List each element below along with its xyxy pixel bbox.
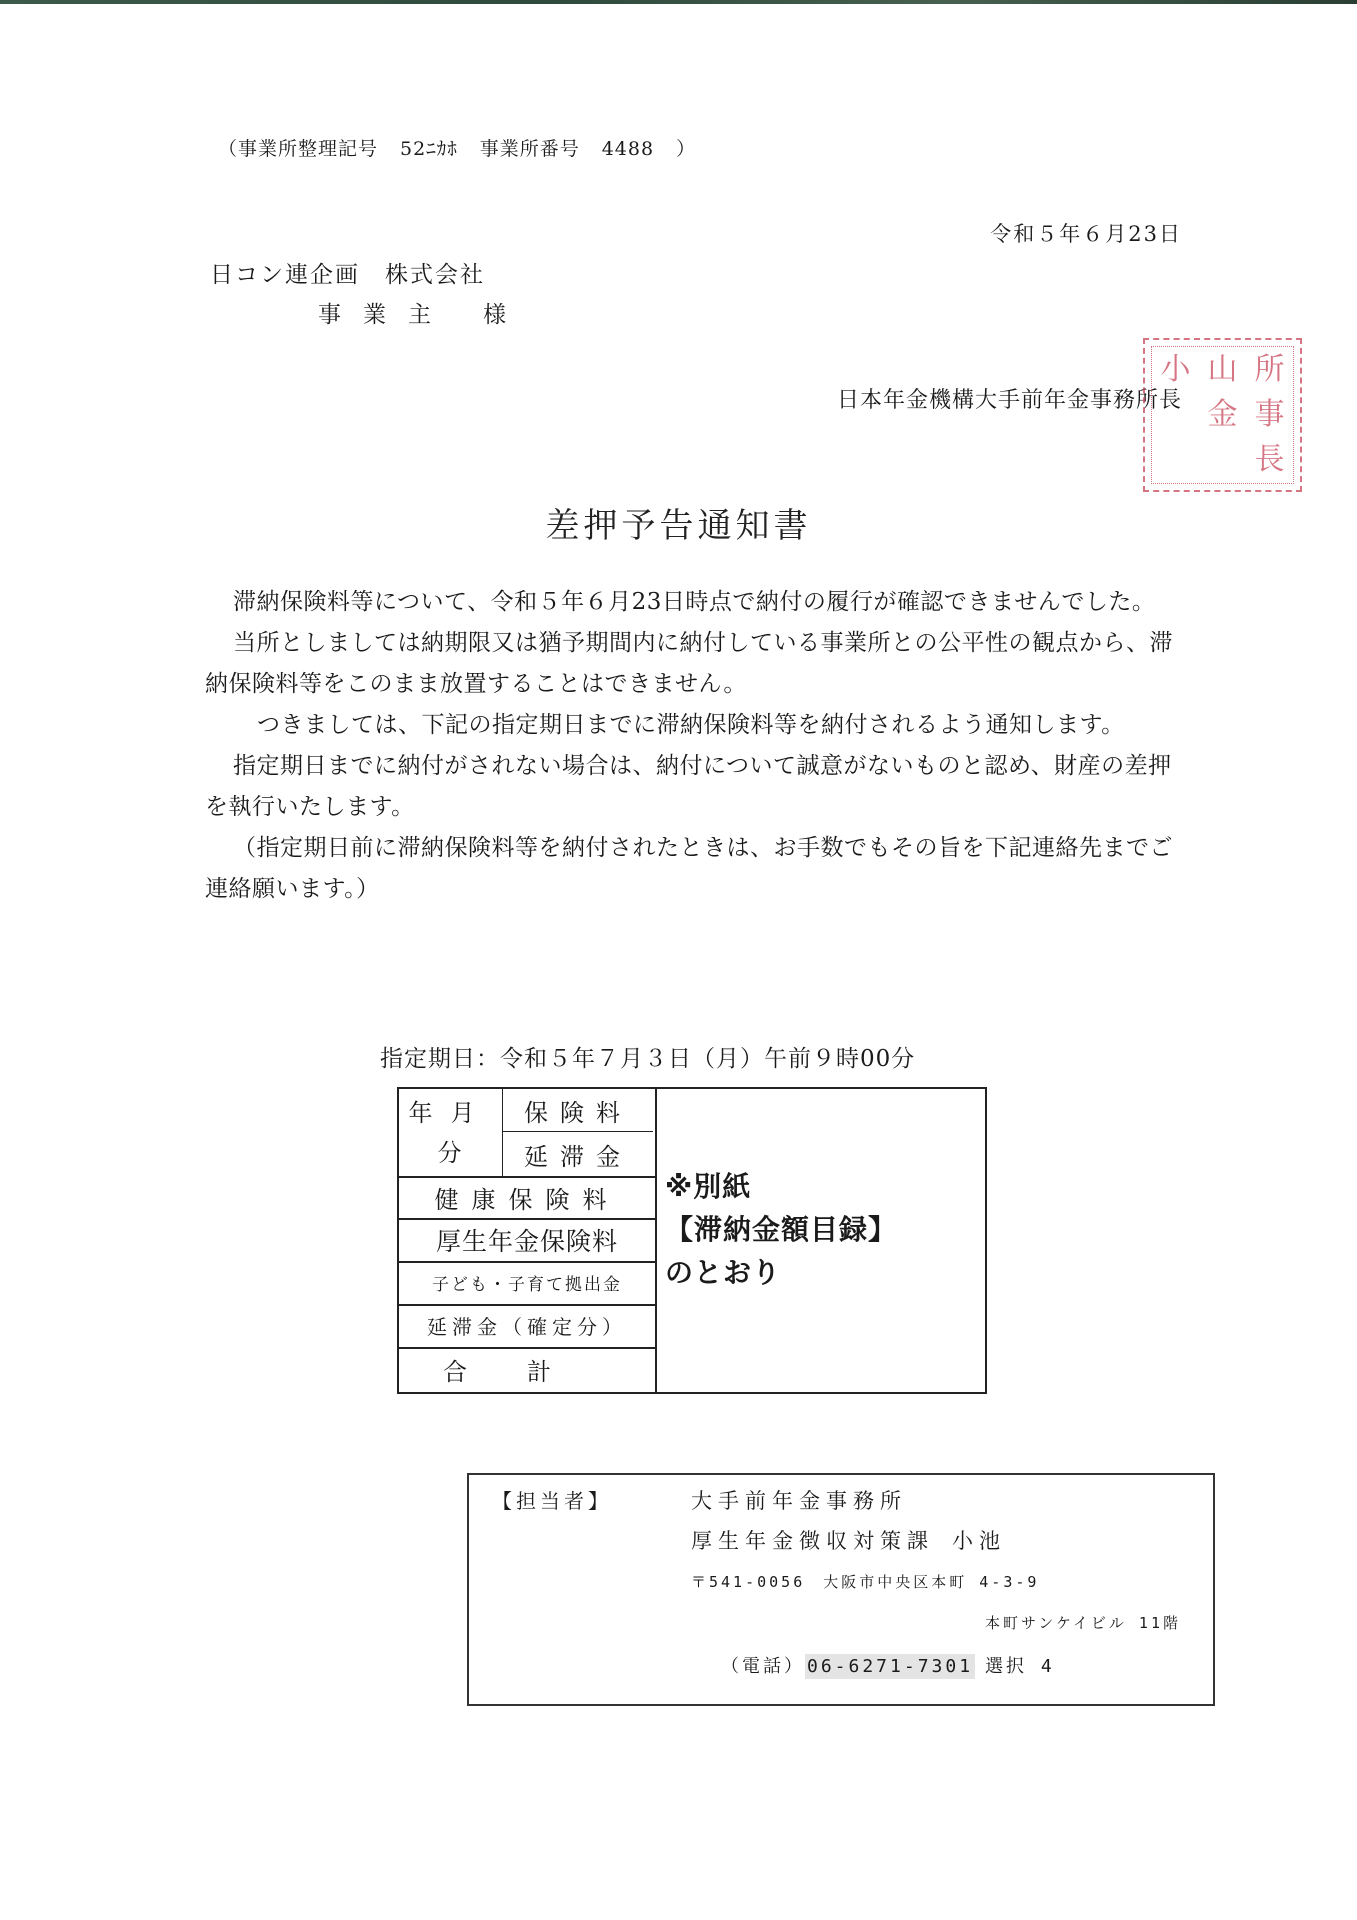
late-fee-fixed-row: 延滞金（確定分） [399, 1304, 655, 1347]
seal-char: 事 [1246, 400, 1293, 430]
contact-address: 〒541-0056 大阪市中央区本町 4-3-9 [691, 1571, 1039, 1592]
sender-name: 日本年金機構大手前年金事務所長 [837, 383, 1182, 414]
table-value-column: ※別紙 【滞納金額目録】 のとおり [657, 1089, 985, 1392]
year-month-header: 年月 分 [399, 1089, 503, 1176]
body-paragraph: つきましては、下記の指定期日までに滞納保険料等を納付されるよう通知します。 [205, 705, 1185, 746]
see-attachment-note: ※別紙 【滞納金額目録】 のとおり [665, 1165, 897, 1294]
contact-label: 【担当者】 [492, 1485, 612, 1514]
body-paragraph: 当所としましては納期限又は猶予期間内に納付している事業所との公平性の観点から、滞… [205, 623, 1185, 705]
late-fee-header: 延滞金 [503, 1132, 653, 1176]
premium-header: 保険料 [503, 1089, 653, 1132]
year-month-label-2: 分 [438, 1133, 464, 1173]
health-insurance-row: 健康保険料 [399, 1176, 655, 1218]
contact-info-box: 【担当者】 大手前年金事務所 厚生年金徴収対策課小池 〒541-0056 大阪市… [467, 1473, 1215, 1706]
total-row: 合計 [399, 1347, 655, 1392]
child-contribution-row: 子ども・子育て拠出金 [399, 1261, 655, 1304]
pension-insurance-row: 厚生年金保険料 [399, 1218, 655, 1261]
office-number: 4488 [602, 138, 654, 160]
ref-open-label: （事業所整理記号 [218, 138, 378, 160]
ref-close: ） [676, 138, 696, 160]
contact-section: 厚生年金徴収対策課小池 [691, 1525, 1006, 1555]
phone-number[interactable]: 06-6271-7301 [805, 1654, 975, 1679]
phone-option: 選択 4 [985, 1656, 1055, 1677]
office-code: 52ﾆｶﾎ [400, 138, 458, 160]
seal-char: 長 [1246, 445, 1293, 475]
table-label-column: 年月 分 保険料 延滞金 健康保険料 厚生年金保険料 子ども・子育て拠出金 延滞… [399, 1089, 657, 1392]
official-seal-stamp: 小 山 所 金 事 長 [1143, 338, 1302, 492]
year-month-label: 年月 [409, 1093, 493, 1133]
seal-char: 金 [1199, 400, 1246, 430]
addressee-company: 日コン連企画 株式会社 [210, 256, 485, 289]
scan-top-edge [0, 0, 1357, 4]
payment-deadline: 指定期日：令和５年７月３日（月）午前９時00分 [380, 1040, 915, 1073]
notice-body: 滞納保険料等について、令和５年６月23日時点で納付の履行が確認できませんでした。… [205, 582, 1185, 910]
office-reference-line: （事業所整理記号52ﾆｶﾎ事業所番号4488） [218, 134, 696, 161]
contact-building: 本町サンケイビル 11階 [985, 1612, 1181, 1633]
body-paragraph: （指定期日前に滞納保険料等を納付されたときは、お手数でもその旨を下記連絡先までご… [205, 828, 1185, 910]
note-line-3: のとおり [665, 1251, 897, 1294]
note-line-1: ※別紙 [665, 1165, 897, 1208]
contact-office: 大手前年金事務所 [691, 1485, 907, 1515]
contact-department: 厚生年金徴収対策課 [691, 1529, 934, 1553]
body-paragraph: 滞納保険料等について、令和５年６月23日時点で納付の履行が確認できませんでした。 [205, 582, 1185, 623]
phone-label: （電話） [721, 1656, 805, 1677]
office-number-label: 事業所番号 [480, 138, 580, 160]
arrears-table: 年月 分 保険料 延滞金 健康保険料 厚生年金保険料 子ども・子育て拠出金 延滞… [397, 1087, 987, 1394]
document-title: 差押予告通知書 [0, 498, 1357, 547]
contact-phone: （電話）06-6271-7301選択 4 [721, 1652, 1055, 1678]
addressee-honorific: 様 [483, 302, 528, 328]
note-line-2: 【滞納金額目録】 [665, 1208, 897, 1251]
seal-char: 所 [1246, 355, 1293, 385]
addressee-role: 事業主 [318, 302, 453, 328]
contact-person: 小池 [952, 1529, 1006, 1553]
seal-char: 小 [1152, 355, 1199, 385]
body-paragraph: 指定期日までに納付がされない場合は、納付について誠意がないものと認め、財産の差押… [205, 746, 1185, 828]
seal-glyph-grid: 小 山 所 金 事 長 [1151, 346, 1294, 484]
issue-date: 令和５年６月23日 [990, 218, 1182, 248]
addressee-title: 事業主様 [318, 296, 528, 329]
seal-char: 山 [1199, 355, 1246, 385]
